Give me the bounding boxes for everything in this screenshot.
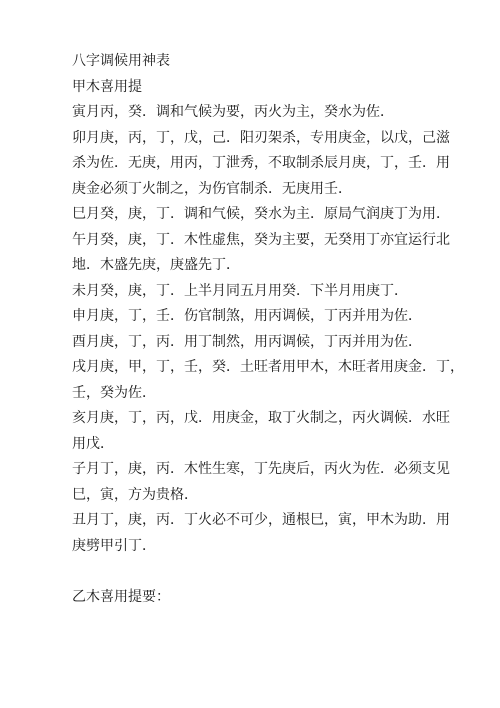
- text-line: 子月丁，庚，丙．木性生寒，丁先庚后，丙火为佐．必须支见: [72, 457, 438, 483]
- text-line: 壬，癸为佐．: [72, 381, 438, 407]
- text-line: 寅月丙，癸．调和气候为要，丙火为主，癸水为佐．: [72, 100, 438, 126]
- text-line: 卯月庚，丙，丁，戊，己．阳刃架杀，专用庚金，以戊，己滋: [72, 126, 438, 152]
- text-line: 丑月丁，庚，丙．丁火必不可少，通根巳，寅，甲木为助．用: [72, 508, 438, 534]
- text-line: 亥月庚，丁，丙，戊．用庚金，取丁火制之，丙火调候．水旺: [72, 406, 438, 432]
- text-line: 巳月癸，庚，丁．调和气候，癸水为主．原局气润庚丁为用．: [72, 202, 438, 228]
- text-line: 午月癸，庚，丁．木性虚焦，癸为主要，无癸用丁亦宜运行北: [72, 228, 438, 254]
- text-line: 庚劈甲引丁．: [72, 534, 438, 560]
- document-page: 八字调候用神表 甲木喜用提 寅月丙，癸．调和气候为要，丙火为主，癸水为佐． 卯月…: [72, 49, 438, 610]
- text-line: 酉月庚，丁，丙．用丁制然，用丙调候，丁丙并用为佐．: [72, 330, 438, 356]
- text-line: 巳，寅，方为贵格．: [72, 483, 438, 509]
- text-line: 庚金必须丁火制之，为伤官制杀．无庚用壬．: [72, 177, 438, 203]
- section-heading-yi: 乙木喜用提要：: [72, 585, 438, 611]
- text-line: 地．木盛先庚，庚盛先丁．: [72, 253, 438, 279]
- section-heading-jia: 甲木喜用提: [72, 75, 438, 101]
- text-line: 戌月庚，甲，丁，壬，癸．土旺者用甲木，木旺者用庚金．丁，: [72, 355, 438, 381]
- blank-line: [72, 559, 438, 585]
- text-line: 未月癸，庚，丁．上半月同五月用癸．下半月用庚丁．: [72, 279, 438, 305]
- text-line: 杀为佐．无庚，用丙，丁泄秀，不取制杀辰月庚，丁，壬．用: [72, 151, 438, 177]
- text-line: 用戊．: [72, 432, 438, 458]
- text-line: 申月庚，丁，壬．伤官制煞，用丙调候，丁丙并用为佐．: [72, 304, 438, 330]
- document-title: 八字调候用神表: [72, 49, 438, 75]
